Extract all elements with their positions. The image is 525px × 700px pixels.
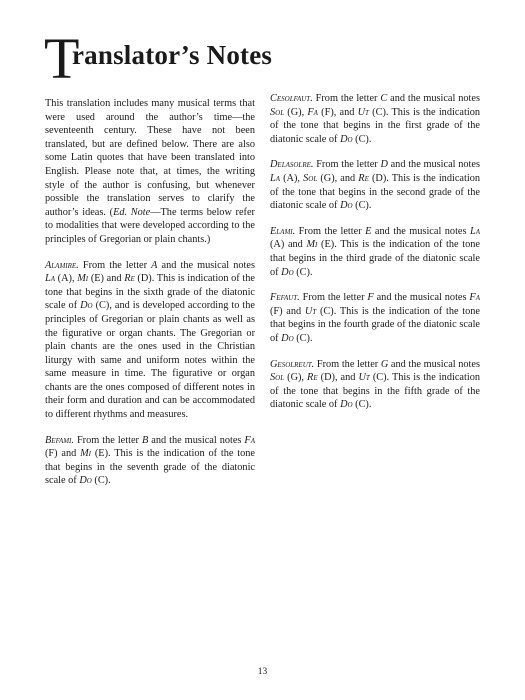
term: Elami. bbox=[270, 226, 295, 237]
title-text: ranslator’s Notes bbox=[72, 40, 272, 71]
entry-fefaut: Fefaut. From the letter F and the musica… bbox=[270, 291, 480, 345]
entry-delasolre: Delasolre. From the letter D and the mus… bbox=[270, 158, 480, 212]
term: Gesolreut. bbox=[270, 359, 314, 370]
term: Befami. bbox=[45, 435, 74, 446]
page-number: 13 bbox=[0, 667, 525, 677]
entry-elami: Elami. From the letter E and the musical… bbox=[270, 225, 480, 279]
term: Alamire. bbox=[45, 260, 79, 271]
term: Fefaut. bbox=[270, 292, 300, 303]
entry-befami: Befami. From the letter B and the musica… bbox=[45, 434, 255, 488]
ed-note: Ed. Note bbox=[113, 207, 150, 218]
entry-cesolfaut: Cesolfaut. From the letter C and the mus… bbox=[270, 92, 480, 146]
term: Delasolre. bbox=[270, 159, 313, 170]
intro-paragraph: This translation includes many musical t… bbox=[45, 97, 255, 247]
term: Cesolfaut. bbox=[270, 93, 313, 104]
right-column: Cesolfaut. From the letter C and the mus… bbox=[270, 92, 480, 424]
left-column: This translation includes many musical t… bbox=[45, 97, 255, 500]
entry-alamire: Alamire. From the letter A and the music… bbox=[45, 259, 255, 422]
entry-gesolreut: Gesolreut. From the letter G and the mus… bbox=[270, 358, 480, 412]
